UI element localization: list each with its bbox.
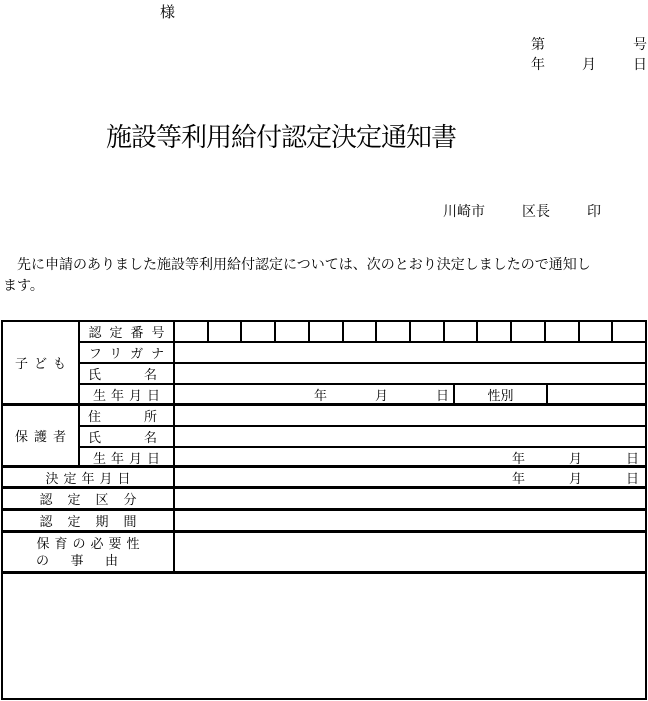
issue-date-month: 月 (582, 56, 596, 76)
addressee-suffix: 様 (160, 1, 175, 22)
category-label: 認定区分 (3, 489, 175, 508)
reason-field (175, 533, 645, 571)
guardian-birthdate-label: 生年月日 (80, 448, 175, 467)
notification-document: { "document": { "addressee_suffix": "様",… (0, 0, 648, 701)
body-line-2: ます。 (3, 276, 647, 297)
cert-number-cell (546, 322, 580, 341)
doc-number-block: 第 号 年 月 日 (531, 36, 647, 76)
child-birthdate-label: 生年月日 (80, 385, 175, 404)
child-name-row: 氏 名 (80, 364, 645, 385)
child-birthdate-field: 年 月 日 (175, 385, 455, 404)
cert-number-row: 認定番号 (80, 322, 645, 343)
guardian-section: 保護者 住 所 氏 名 生年月日 年 月 (3, 406, 645, 468)
category-field (175, 489, 645, 508)
cert-number-cell (512, 322, 546, 341)
cert-number-cell (613, 322, 645, 341)
document-title: 施設等利用給付認定決定通知書 (106, 117, 456, 154)
furigana-row: フリガナ (80, 343, 645, 364)
furigana-field (175, 343, 645, 362)
period-row: 認定期間 (3, 511, 645, 533)
guardian-name-row: 氏 名 (80, 427, 645, 448)
furigana-label: フリガナ (80, 343, 175, 362)
decision-date-label: 決定年月日 (3, 468, 175, 486)
cert-number-cell (310, 322, 344, 341)
cert-number-cells (175, 322, 645, 341)
guardian-birthdate-field: 年 月 日 (175, 448, 645, 467)
child-section: 子ども 認定番号 フリガナ 氏 名 生年月日 年 月 (3, 322, 645, 406)
cert-number-cell (344, 322, 378, 341)
period-label: 認定期間 (3, 511, 175, 530)
doc-number-prefix: 第 (531, 36, 545, 56)
guardian-name-label: 氏 名 (80, 427, 175, 446)
sex-label: 性別 (455, 385, 548, 404)
issuer-seal: 印 (587, 201, 601, 221)
child-group-label: 子ども (3, 322, 80, 403)
doc-number-suffix: 号 (633, 36, 647, 56)
issue-date-line: 年 月 日 (531, 56, 647, 76)
decision-date-row: 決定年月日 年 月 日 (3, 468, 645, 489)
child-birthdate-row: 生年月日 年 月 日 性別 (80, 385, 645, 404)
cert-number-cell (478, 322, 512, 341)
body-line-1: 先に申請のありました施設等利用給付認定については、次のとおり決定しましたので通知… (3, 255, 647, 276)
guardian-birthdate-row: 生年月日 年 月 日 (80, 448, 645, 467)
decision-date-field: 年 月 日 (175, 468, 645, 486)
cert-number-cell (445, 322, 479, 341)
cert-number-cell (377, 322, 411, 341)
period-field (175, 511, 645, 530)
cert-number-cell (411, 322, 445, 341)
issuer-office: 区長 (522, 201, 550, 221)
cert-number-cell (209, 322, 243, 341)
remarks-area (3, 574, 645, 698)
category-row: 認定区分 (3, 489, 645, 511)
cert-number-cell (276, 322, 310, 341)
cert-number-cell (175, 322, 209, 341)
issuer-city: 川崎市 (443, 201, 485, 221)
cert-number-cell (242, 322, 276, 341)
guardian-address-field (175, 406, 645, 425)
reason-label: 保育の必要性 の 事 由 (3, 533, 175, 571)
doc-number-line: 第 号 (531, 36, 647, 56)
guardian-name-field (175, 427, 645, 446)
child-name-label: 氏 名 (80, 364, 175, 383)
cert-number-cell (580, 322, 614, 341)
issue-date-day: 日 (633, 56, 647, 76)
body-paragraph: 先に申請のありました施設等利用給付認定については、次のとおり決定しましたので通知… (3, 255, 647, 297)
cert-number-label: 認定番号 (80, 322, 175, 341)
guardian-address-row: 住 所 (80, 406, 645, 427)
sex-field (548, 385, 645, 404)
child-name-field (175, 364, 645, 383)
issue-date-year: 年 (531, 56, 545, 76)
issuer-line: 川崎市 区長 印 (443, 201, 601, 221)
guardian-group-label: 保護者 (3, 406, 80, 465)
guardian-address-label: 住 所 (80, 406, 175, 425)
reason-row: 保育の必要性 の 事 由 (3, 533, 645, 574)
certification-table: 子ども 認定番号 フリガナ 氏 名 生年月日 年 月 (1, 320, 647, 700)
